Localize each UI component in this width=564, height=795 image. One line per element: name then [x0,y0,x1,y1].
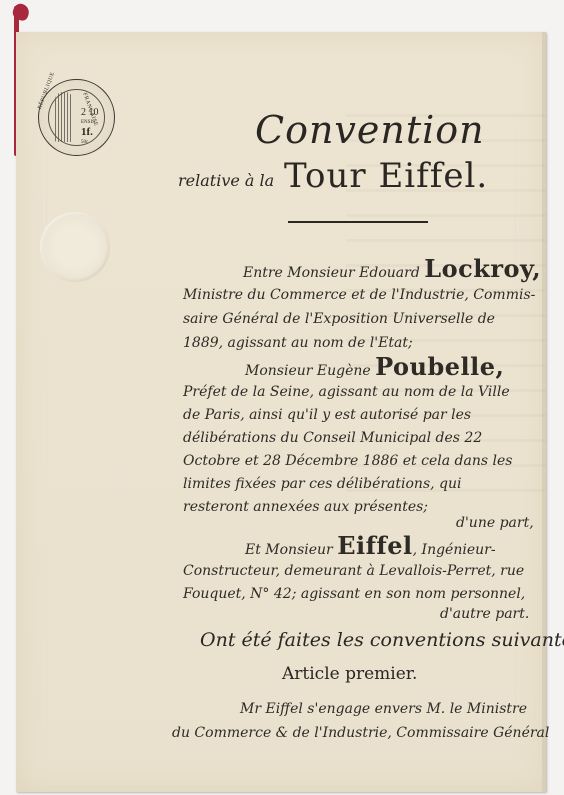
body-line: limites fixées par ces délibérations, qu… [183,477,461,491]
line-punct: , [496,352,505,381]
body-line-other-party: d'autre part. [440,607,529,621]
marianne-figure-icon [55,92,73,142]
body-line-poubelle: Monsieur Eugène Poubelle, [245,355,504,379]
body-line: Fouquet, N° 42; agissant en son nom pers… [183,587,525,601]
line-punct: , [532,254,541,283]
signatory-name-eiffel: Eiffel [337,531,412,560]
article-heading: Article premier. [282,664,417,684]
body-line: resteront annexées aux présentes; [183,500,428,514]
body-line: Préfet de la Seine, agissant au nom de l… [183,385,510,399]
body-line: de Paris, ainsi qu'il y est autorisé par… [183,408,471,422]
stamp-value-bottom: 50c [81,140,88,145]
body-line: Constructeur, demeurant à Levallois-Perr… [183,564,524,578]
tax-stamp: RÉPUBLIQUE FRANÇAISE 2 10 ENSIS 1f. 50c [38,79,115,156]
signatory-name-poubelle: Poubelle [375,352,495,381]
stamp-value-main: 1f. [81,127,93,138]
line-text: , Ingénieur- [413,542,496,558]
line-text: Entre Monsieur Edouard [243,265,424,281]
article-line: du Commerce & de l'Industrie, Commissair… [172,726,549,740]
body-line-eiffel: Et Monsieur Eiffel, Ingénieur- [245,534,496,558]
stamp-value-label: ENSIS [81,120,95,125]
body-line: 1889, agissant au nom de l'Etat; [183,336,413,350]
line-text: Monsieur Eugène [245,363,375,379]
body-line-lockroy: Entre Monsieur Edouard Lockroy, [243,257,541,281]
conventions-heading: Ont été faites les conventions suivantes… [200,629,564,651]
subtitle-main: Tour Eiffel. [284,156,488,196]
body-line: Ministre du Commerce et de l'Industrie, … [183,288,535,302]
title-underline [288,221,428,223]
subtitle-prefix: relative à la [178,171,274,190]
body-line-first-party: d'une part, [456,516,534,530]
signatory-name-lockroy: Lockroy [424,254,532,283]
stamp-value-top: 2 10 [81,108,99,118]
body-line: saire Général de l'Exposition Universell… [183,312,495,326]
document-title: Convention [255,108,485,152]
body-line: délibérations du Conseil Municipal des 2… [183,431,482,445]
article-line: Mr Eiffel s'engage envers M. le Ministre [240,702,527,716]
line-text: Et Monsieur [245,542,337,558]
embossed-seal [40,212,110,282]
body-line: Octobre et 28 Décembre 1886 et cela dans… [183,454,512,468]
